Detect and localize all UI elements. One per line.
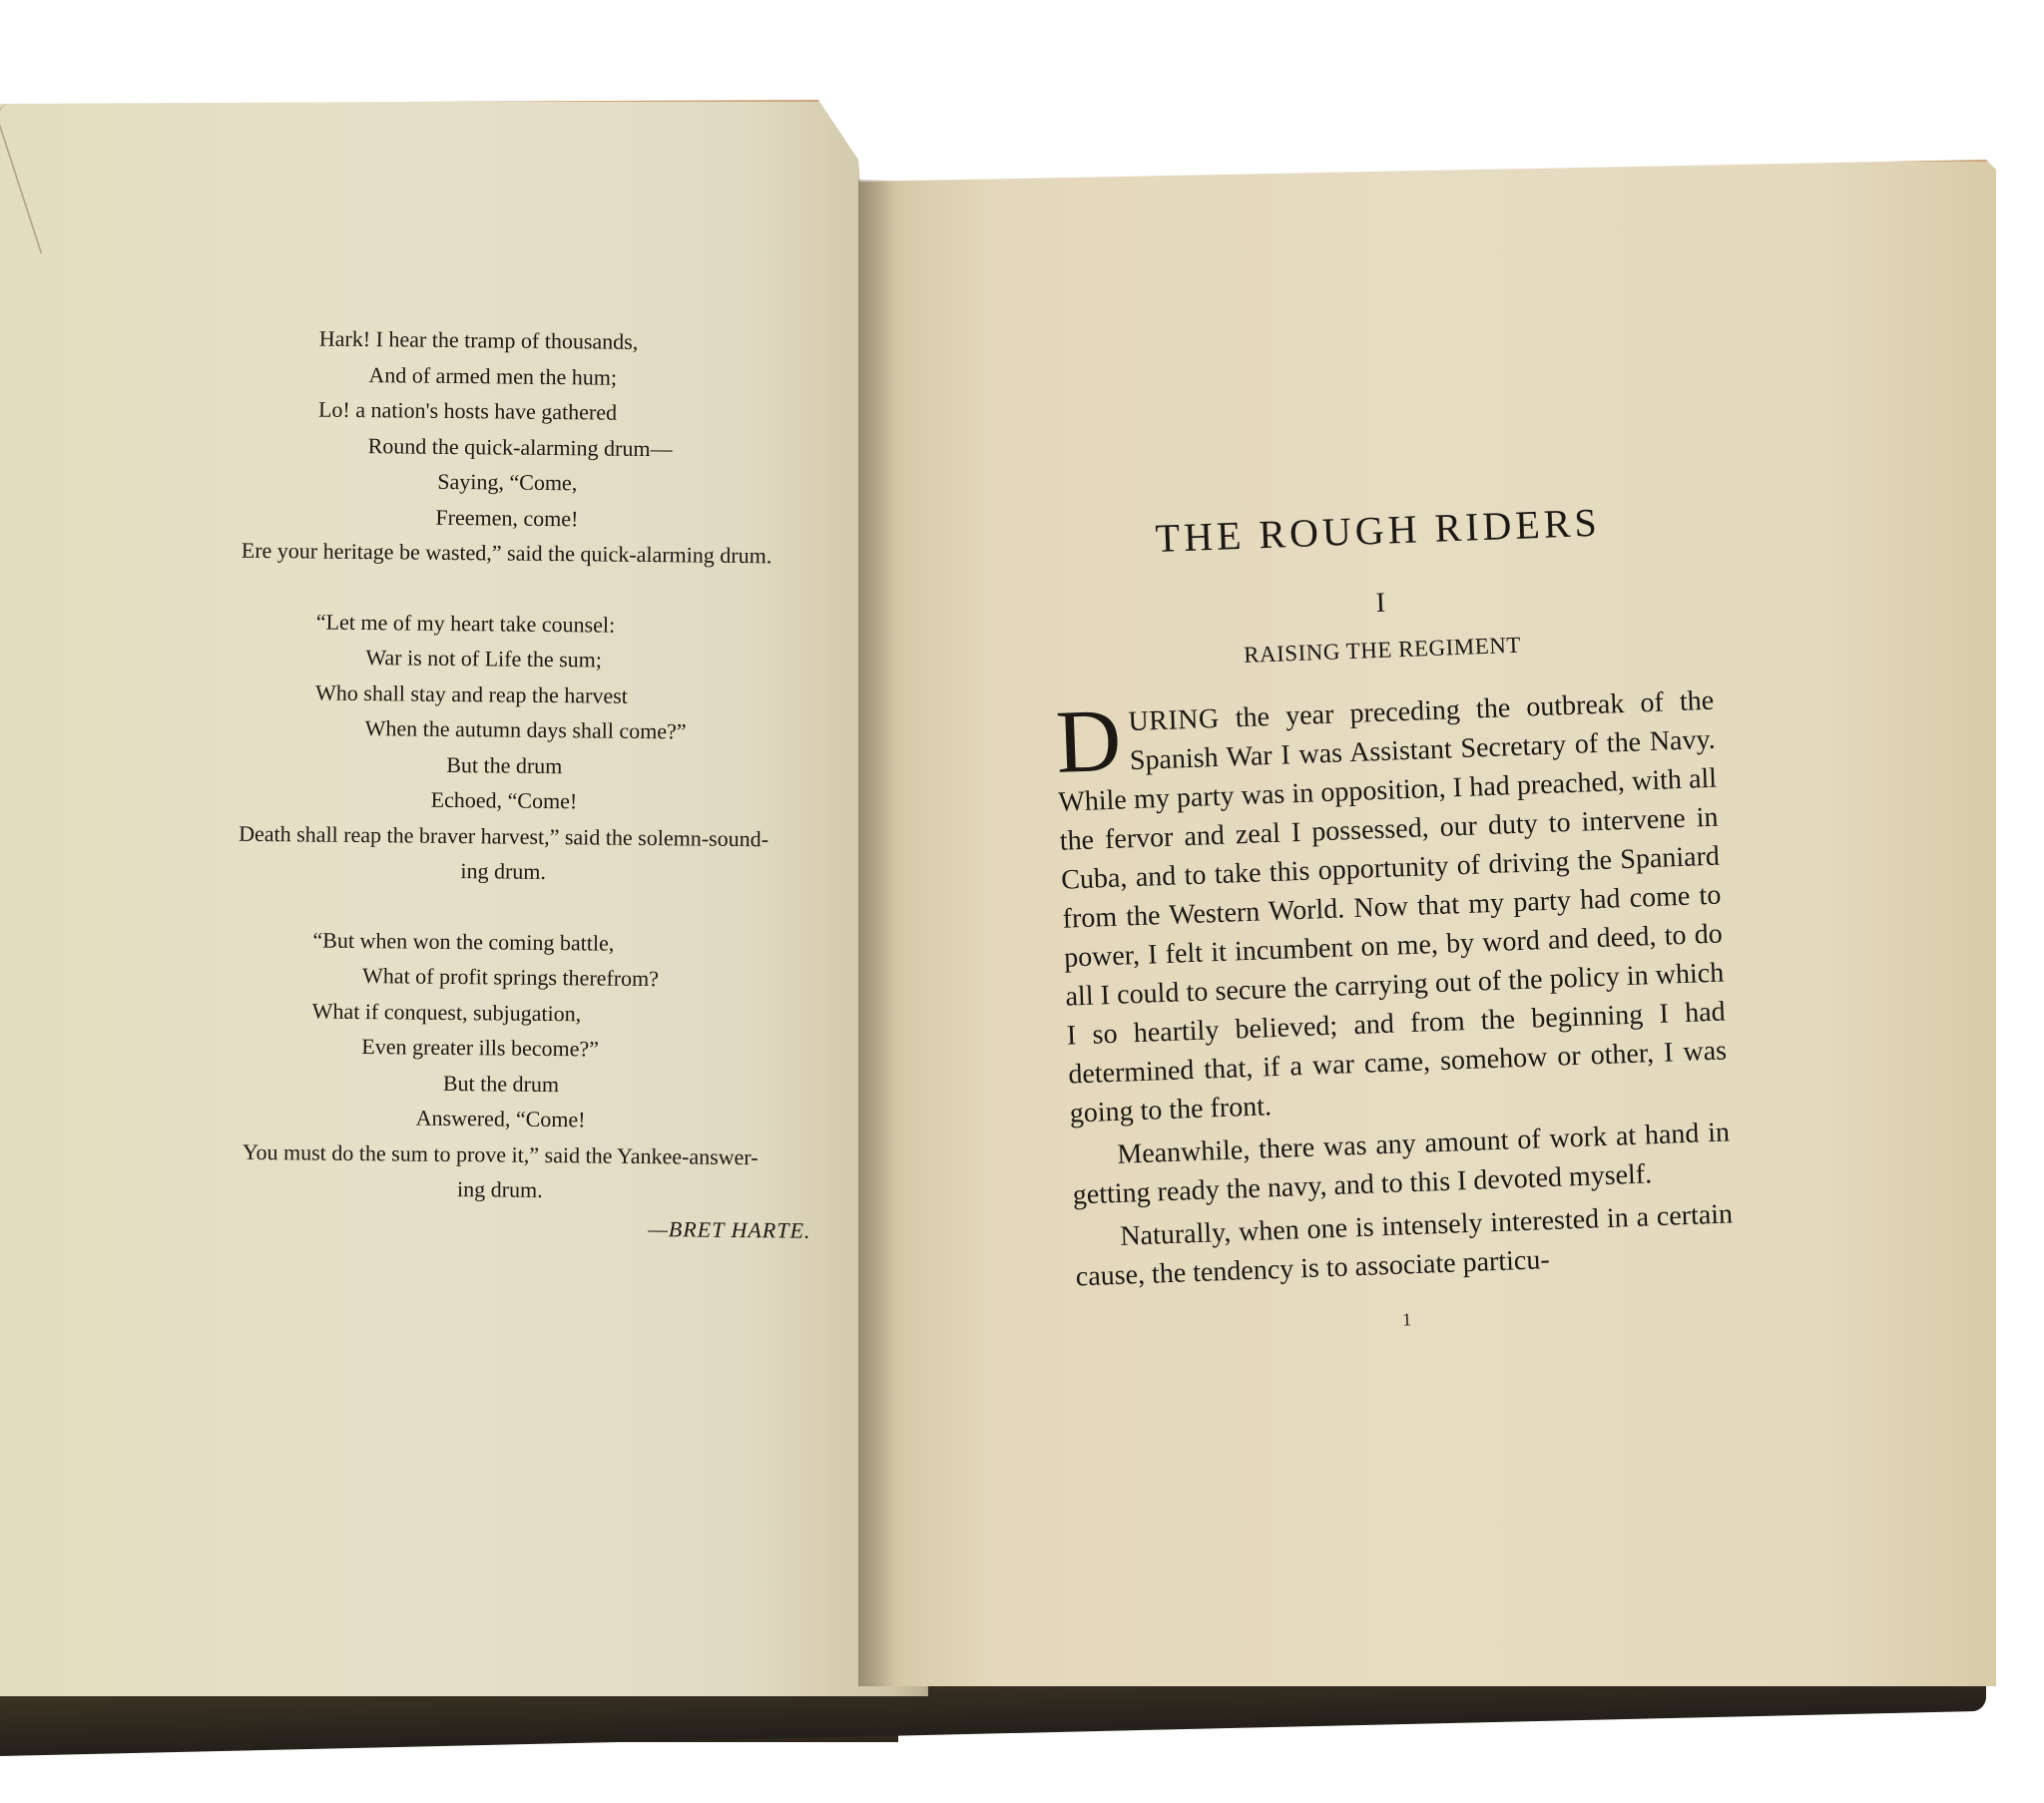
chapter-opening: THE ROUGH RIDERS I RAISING THE REGIMENT … [1048,495,1737,1352]
chapter-heading: RAISING THE REGIMENT [1053,626,1713,676]
paragraph-text: the year preceding the outbreak of the S… [1058,685,1728,1129]
poem-stanza: Hark! I hear the tramp of thousands, And… [167,319,848,575]
first-word: URING [1128,703,1220,737]
poem-line: ing drum. [164,850,842,893]
poem-line: Death shall reap the braver harvest,” sa… [164,814,842,857]
chapter-body: DURING the year preceding the outbreak o… [1055,681,1737,1352]
poem: Hark! I hear the tramp of thousands, And… [160,319,848,1248]
paragraph: DURING the year preceding the outbreak o… [1055,681,1729,1133]
drop-cap: D [1055,704,1123,778]
poem-line: Ere your heritage be wasted,” said the q… [167,532,845,575]
poem-attribution: —BRET HARTE. [160,1205,838,1248]
poem-stanza: “Let me of my heart take counsel: War is… [164,602,845,892]
poem-line: You must do the sum to prove it,” said t… [161,1132,839,1175]
chapter-number: I [1051,576,1711,632]
poem-stanza: “But when won the coming battle, What of… [161,920,842,1210]
poem-line: ing drum. [161,1168,839,1211]
book-gutter-shadow [858,180,894,1686]
